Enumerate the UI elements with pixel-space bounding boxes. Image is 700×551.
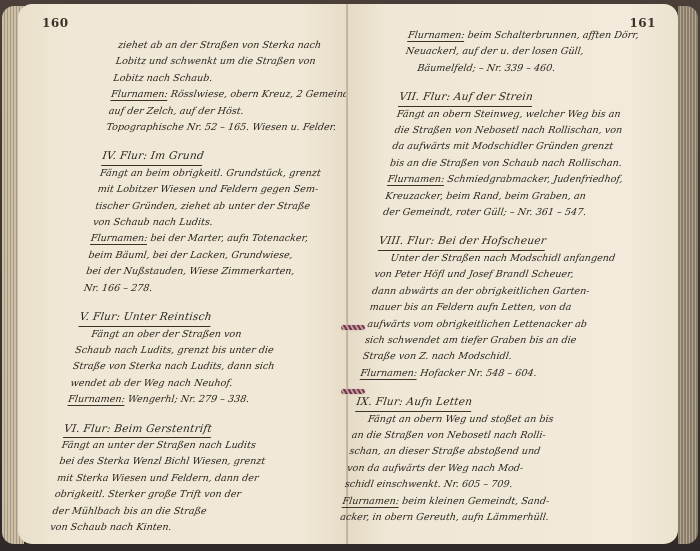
- binding-stitch-icon: [341, 325, 365, 330]
- flurnamen-label: Flurnamen:: [110, 89, 168, 101]
- flurnamen-line: Flurnamen: Schmiedgrabmacker, Judenfried…: [386, 172, 658, 188]
- text-line: Unter der Straßen nach Modschidl anfange…: [375, 251, 647, 267]
- text-line: an die Straßen von Nebosetl nach Rolli-: [351, 428, 623, 444]
- text-line: beim Bäuml, bei der Lacken, Grundwiese,: [87, 248, 351, 264]
- text-line: sich schwendet am tiefer Graben bis an d…: [364, 333, 636, 349]
- flurnamen-line: Flurnamen: beim kleinen Gemeindt, Sand-: [341, 494, 613, 510]
- text-line: ziehet ab an der Straßen von Sterka nach: [117, 38, 381, 54]
- text-line: Fängt an ober der Straßen von: [76, 327, 340, 343]
- flurnamen-line: Flurnamen: bei der Marter, aufn Totenack…: [90, 231, 354, 247]
- left-page-content: ziehet ab an der Straßen von Sterka nach…: [49, 38, 381, 536]
- text-line: schidl einschwenkt. Nr. 605 – 709.: [344, 477, 616, 493]
- text-line: der Mühlbach bis an die Straße: [51, 504, 315, 520]
- text-line: Fängt an obern Weg und stoßet an bis: [353, 412, 625, 428]
- right-page-edges: [678, 6, 698, 544]
- section-flur-v: V. Flur: Unter Reintisch Fängt an ober d…: [67, 309, 343, 408]
- right-page: 161 Flurnamen: beim Schalterbrunnen, aff…: [348, 4, 678, 544]
- text-line: von Schaub nach Kinten.: [49, 520, 313, 536]
- flurnamen-line: Flurnamen: Hofacker Nr. 548 – 604.: [359, 366, 631, 382]
- text-line: Nr. 166 – 278.: [83, 281, 347, 297]
- flurnamen-text: bei der Marter, aufn Totenacker,: [150, 233, 309, 244]
- section-heading: VII. Flur: Auf der Strein: [398, 89, 534, 106]
- text-line: von Schaub nach Ludits.: [92, 215, 356, 231]
- section-flur-vi: VI. Flur: Beim Gerstentrift Fängt an unt…: [49, 421, 327, 537]
- text-line: Bäumelfeld; – Nr. 339 – 460.: [402, 61, 674, 77]
- flurnamen-line: Flurnamen: Wengerhl; Nr. 279 – 338.: [67, 392, 331, 408]
- section-continuation: Flurnamen: beim Schalterbrunnen, afften …: [402, 28, 679, 77]
- text-line: Fängt an beim obrigkeitl. Grundstück, gr…: [99, 166, 363, 182]
- text-line: da aufwärts mit Modschidler Gründen gren…: [391, 139, 663, 155]
- section-flur-iv: IV. Flur: Im Grund Fängt an beim obrigke…: [83, 148, 366, 297]
- text-line: von Peter Höfl und Josef Brandl Scheuer,: [373, 267, 645, 283]
- flurnamen-text: beim Schalterbrunnen, afften Dörr,: [467, 30, 640, 41]
- section-heading: VIII. Flur: Bei der Hofscheuer: [378, 233, 547, 250]
- text-line: Schaub nach Ludits, grenzt bis unter die: [74, 343, 338, 359]
- flurnamen-text: Schmiedgrabmacker, Judenfriedhof,: [447, 174, 624, 185]
- text-line: Fängt an unter der Straßen nach Ludits: [61, 438, 325, 454]
- flurnamen-label: Flurnamen:: [342, 496, 400, 508]
- text-line: acker, in obern Gereuth, aufn Lämmerhüll…: [339, 510, 611, 526]
- flurnamen-label: Flurnamen:: [67, 394, 125, 406]
- text-line: aufwärts vom obrigkeitlichen Lettenacker…: [366, 317, 638, 333]
- text-line: schan, an dieser Straße abstoßend und: [348, 444, 620, 460]
- text-line: tischer Gründen, ziehet ab unter der Str…: [94, 199, 358, 215]
- binding-stitch-icon: [341, 389, 365, 394]
- flurnamen-label: Flurnamen:: [360, 368, 418, 380]
- section-continuation: ziehet ab an der Straßen von Sterka nach…: [105, 38, 381, 136]
- section-heading: V. Flur: Unter Reintisch: [78, 309, 212, 326]
- text-line: von da aufwärts der Weg nach Mod-: [346, 461, 618, 477]
- flurnamen-label: Flurnamen:: [387, 174, 445, 186]
- text-line: die Straßen von Nebosetl nach Rollischan…: [393, 123, 665, 139]
- text-line: der Gemeindt, roter Güll; – Nr. 361 – 54…: [382, 205, 654, 221]
- text-line: obrigkeitl. Sterker große Trift von der: [54, 487, 318, 503]
- text-line: bis an die Straßen von Schaub nach Rolli…: [389, 156, 661, 172]
- flurnamen-text: Hofacker Nr. 548 – 604.: [419, 368, 537, 379]
- flurnamen-text: Rösslwiese, obern Kreuz, 2 Gemeindt,: [170, 89, 357, 100]
- flurnamen-line: Flurnamen: Rösslwiese, obern Kreuz, 2 Ge…: [110, 87, 374, 103]
- flurnamen-text: beim kleinen Gemeindt, Sand-: [401, 496, 550, 507]
- page-number-left: 160: [42, 16, 69, 30]
- text-line: mit Lobitzer Wiesen und Feldern gegen Se…: [96, 182, 360, 198]
- text-line: Lobitz und schwenkt um die Straßen von: [114, 54, 378, 70]
- text-line: Kreuzacker, beim Rand, beim Graben, an: [384, 189, 656, 205]
- section-flur-viii: VIII. Flur: Bei der Hofscheuer Unter der…: [359, 233, 650, 382]
- text-line: wendet ab der Weg nach Neuhof.: [69, 376, 333, 392]
- flurnamen-label: Flurnamen:: [90, 233, 148, 245]
- section-heading: VI. Flur: Beim Gerstentrift: [63, 421, 213, 438]
- topographic-numbers-line: Topographische Nr. 52 – 165. Wiesen u. F…: [105, 120, 369, 136]
- open-ledger-book: 160 ziehet ab an der Straßen von Sterka …: [0, 0, 700, 551]
- text-line: Neuackerl, auf der u. der losen Güll,: [404, 44, 676, 60]
- text-line: Straße von Z. nach Modschidl.: [362, 349, 634, 365]
- text-line: bei der Nußstauden, Wiese Zimmerkarten,: [85, 264, 349, 280]
- text-line: dann abwärts an der obrigkeitlichen Gart…: [371, 284, 643, 300]
- section-heading: IX. Flur: Aufn Letten: [355, 394, 473, 411]
- flurnamen-line: Flurnamen: beim Schalterbrunnen, afften …: [407, 28, 679, 44]
- section-flur-ix: IX. Flur: Aufn Letten Fängt an obern Weg…: [339, 394, 628, 526]
- text-line: Fängt an obern Steinweg, welcher Weg bis…: [396, 107, 668, 123]
- text-line: Lobitz nach Schaub.: [112, 71, 376, 87]
- text-line: mauer bis an Feldern aufn Letten, von da: [368, 300, 640, 316]
- section-flur-vii: VII. Flur: Auf der Strein Fängt an obern…: [382, 89, 671, 221]
- section-heading: IV. Flur: Im Grund: [101, 148, 205, 165]
- text-line: bei des Sterka Wenzl Bichl Wiesen, grenz…: [58, 454, 322, 470]
- flurnamen-label: Flurnamen:: [407, 30, 465, 42]
- left-page: 160 ziehet ab an der Straßen von Sterka …: [18, 4, 348, 544]
- text-line: mit Sterka Wiesen und Feldern, dann der: [56, 471, 320, 487]
- text-line: auf der Zelch, auf der Höst.: [107, 104, 371, 120]
- text-line: Straße von Sterka nach Ludits, dann sich: [72, 359, 336, 375]
- right-page-content: Flurnamen: beim Schalterbrunnen, afften …: [339, 28, 679, 526]
- flurnamen-text: Wengerhl; Nr. 279 – 338.: [127, 394, 250, 405]
